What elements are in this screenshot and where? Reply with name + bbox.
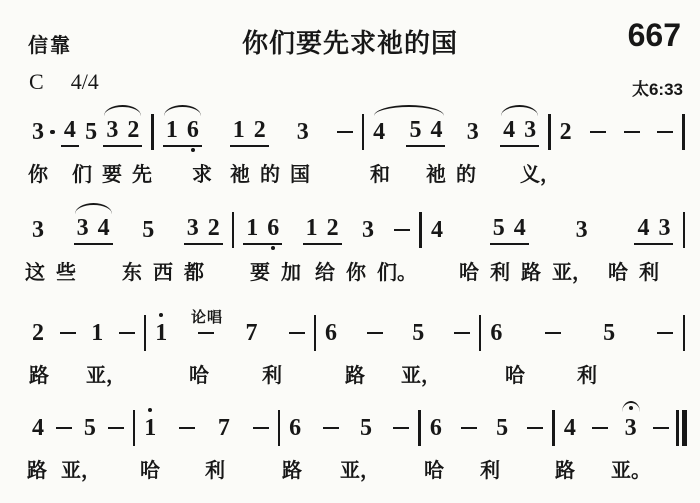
duration-dash bbox=[108, 427, 124, 430]
underline-group: 54 bbox=[490, 216, 529, 245]
note: 5 bbox=[84, 416, 96, 440]
note: 6 bbox=[187, 118, 199, 142]
note: 1 bbox=[306, 216, 318, 240]
duration-dash bbox=[253, 427, 269, 430]
duration-dash bbox=[657, 131, 673, 134]
final-barline-thin bbox=[676, 410, 679, 446]
note: 5 bbox=[493, 216, 505, 240]
duration-dash bbox=[179, 427, 195, 430]
note: 1 bbox=[166, 118, 178, 142]
notes-row: 4517656543 bbox=[25, 408, 687, 448]
underline-group: 43 bbox=[500, 118, 539, 147]
duration-dash bbox=[394, 229, 410, 232]
note: 1 bbox=[91, 321, 103, 345]
lyric-syllable: 们。 bbox=[377, 256, 417, 285]
lyric-syllable: 的 bbox=[260, 158, 280, 187]
duration-dash bbox=[323, 427, 339, 430]
lyric-syllable: 利 bbox=[490, 256, 510, 285]
barline bbox=[683, 212, 686, 248]
lyric-syllable: 利 bbox=[205, 454, 225, 483]
note: 5 bbox=[360, 416, 372, 440]
barline bbox=[362, 114, 365, 150]
slur-arc bbox=[501, 105, 538, 116]
lyric-syllable: 这 bbox=[25, 256, 45, 285]
slur-arc bbox=[164, 105, 201, 116]
lyric-syllable: 亚， bbox=[86, 359, 126, 388]
barline bbox=[548, 114, 551, 150]
lyrics-row: 路亚，哈利路亚，哈利路亚。 bbox=[0, 454, 700, 480]
measure: 65 bbox=[483, 316, 680, 350]
lyric-syllable: 给 bbox=[315, 256, 335, 285]
note: 7 bbox=[218, 416, 230, 440]
measure: 43 bbox=[557, 411, 676, 445]
lyric-syllable: 路 bbox=[27, 454, 47, 483]
lyric-syllable: 路 bbox=[345, 359, 365, 388]
lyric-syllable: 要 bbox=[102, 158, 122, 187]
underline-group: 34 bbox=[74, 216, 113, 245]
measure: 34532 bbox=[25, 115, 149, 149]
barline bbox=[683, 315, 686, 351]
underline-group: 4 bbox=[61, 118, 79, 147]
duration-dash bbox=[657, 332, 673, 335]
lyric-syllable: 路 bbox=[555, 454, 575, 483]
lyric-syllable: 和 bbox=[370, 158, 390, 187]
note: 4 bbox=[503, 118, 515, 142]
hymn-sheet-page: 信靠 你们要先求祂的国 667 C 4/4 太6:33 345321612345… bbox=[0, 0, 700, 503]
note: 2 bbox=[208, 216, 220, 240]
lyric-syllable: 亚， bbox=[552, 256, 592, 285]
duration-dash bbox=[461, 427, 477, 430]
note: 4 bbox=[373, 120, 385, 144]
notes-row: 34532161234543432 bbox=[25, 112, 687, 152]
lyric-syllable: 加 bbox=[281, 256, 301, 285]
underline-group: 32 bbox=[184, 216, 223, 245]
note: 2 bbox=[127, 118, 139, 142]
lyric-syllable: 哈 bbox=[505, 359, 525, 388]
lyric-syllable: 先 bbox=[132, 158, 152, 187]
measure: 454343 bbox=[366, 115, 546, 149]
duration-dash bbox=[56, 427, 72, 430]
lyric-syllable: 哈 bbox=[608, 256, 628, 285]
note: 3 bbox=[187, 216, 199, 240]
barline bbox=[419, 212, 422, 248]
note: 2 bbox=[327, 216, 339, 240]
duration-dash bbox=[60, 332, 76, 335]
lyric-syllable: 亚， bbox=[340, 454, 380, 483]
lyric-syllable: 哈 bbox=[424, 454, 444, 483]
measure: 65 bbox=[318, 316, 477, 350]
note: 5 bbox=[496, 416, 508, 440]
slur-arc bbox=[75, 203, 112, 214]
music-system-2: 33453216123454343这些东西都要加给你们。哈利路亚，哈利 bbox=[0, 198, 700, 282]
lyric-syllable: 求 bbox=[192, 158, 212, 187]
note: 1 bbox=[233, 118, 245, 142]
duration-dash bbox=[527, 427, 543, 430]
underline-group: 12 bbox=[230, 118, 269, 147]
note: 3 bbox=[77, 216, 89, 240]
duration-dash bbox=[119, 332, 135, 335]
lyric-syllable: 路 bbox=[282, 454, 302, 483]
measure: 65 bbox=[423, 411, 551, 445]
lyric-syllable: 路 bbox=[29, 359, 49, 388]
measure: 16123 bbox=[236, 213, 417, 247]
underline-group: 16 bbox=[163, 118, 202, 147]
lyric-syllable: 哈 bbox=[459, 256, 479, 285]
lyric-syllable: 东 bbox=[122, 256, 142, 285]
note: 3 bbox=[297, 120, 309, 144]
duration-dash bbox=[590, 131, 606, 134]
duration-dash bbox=[454, 332, 470, 335]
underline-group: 54 bbox=[406, 118, 445, 147]
music-system-3: 论唱21176565路亚，哈利路亚，哈利 bbox=[0, 301, 700, 385]
lyric-syllable: 亚， bbox=[401, 359, 441, 388]
note: 6 bbox=[430, 416, 442, 440]
lyric-syllable: 利 bbox=[262, 359, 282, 388]
note: 5 bbox=[85, 120, 97, 144]
lyric-syllable: 亚。 bbox=[611, 454, 651, 483]
notes-row: 论唱21176565 bbox=[25, 313, 687, 353]
lyric-syllable: 亚， bbox=[61, 454, 101, 483]
lyric-syllable: 利 bbox=[480, 454, 500, 483]
note: 5 bbox=[409, 118, 421, 142]
barline bbox=[418, 410, 421, 446]
note: 6 bbox=[325, 321, 337, 345]
lyric-syllable: 们 bbox=[72, 158, 92, 187]
note: 1 bbox=[246, 216, 258, 240]
fermata-icon bbox=[622, 401, 640, 412]
lyric-syllable: 哈 bbox=[140, 454, 160, 483]
lyric-syllable: 国 bbox=[290, 158, 310, 187]
underline-group: 32 bbox=[103, 118, 142, 147]
measure: 2 bbox=[553, 115, 681, 149]
note: 3 bbox=[32, 218, 44, 242]
lyric-syllable: 祂 bbox=[426, 158, 446, 187]
note: 4 bbox=[98, 216, 110, 240]
slur-arc bbox=[374, 105, 444, 116]
note: 6 bbox=[490, 321, 502, 345]
lyric-syllable: 西 bbox=[153, 256, 173, 285]
note: 1 bbox=[155, 321, 167, 345]
note: 5 bbox=[142, 218, 154, 242]
note: 3 bbox=[467, 120, 479, 144]
note: 3 bbox=[625, 416, 637, 440]
lyric-syllable: 你 bbox=[346, 256, 366, 285]
note: 3 bbox=[362, 218, 374, 242]
measure: 21 bbox=[25, 316, 142, 350]
duration-dash bbox=[393, 427, 409, 430]
notation-area: 34532161234543432你们要先求祂的国和祂的义，3345321612… bbox=[0, 0, 700, 503]
note: 3 bbox=[32, 120, 44, 144]
barline bbox=[144, 315, 147, 351]
duration-dash bbox=[545, 332, 561, 335]
music-system-1: 34532161234543432你们要先求祂的国和祂的义， bbox=[0, 100, 700, 184]
note: 5 bbox=[412, 321, 424, 345]
barline bbox=[479, 315, 482, 351]
duration-dash bbox=[653, 427, 669, 430]
lyric-syllable: 要 bbox=[250, 256, 270, 285]
duration-dash bbox=[337, 131, 353, 134]
duration-dash bbox=[367, 332, 383, 335]
barline bbox=[314, 315, 317, 351]
note: 4 bbox=[564, 416, 576, 440]
augmentation-dot bbox=[50, 130, 55, 135]
note: 4 bbox=[637, 216, 649, 240]
final-barline-thick bbox=[682, 410, 688, 446]
note: 6 bbox=[267, 216, 279, 240]
note: 4 bbox=[64, 118, 76, 142]
lyric-syllable: 祂 bbox=[230, 158, 250, 187]
note: 3 bbox=[524, 118, 536, 142]
lyric-syllable: 路 bbox=[521, 256, 541, 285]
note: 3 bbox=[658, 216, 670, 240]
note: 4 bbox=[514, 216, 526, 240]
note: 4 bbox=[32, 416, 44, 440]
slur-arc bbox=[104, 105, 141, 116]
measure: 17 bbox=[148, 316, 311, 350]
lyrics-row: 路亚，哈利路亚，哈利 bbox=[0, 359, 700, 385]
barline bbox=[278, 410, 281, 446]
note: 6 bbox=[289, 416, 301, 440]
note: 1 bbox=[144, 416, 156, 440]
music-system-4: 4517656543路亚，哈利路亚，哈利路亚。 bbox=[0, 396, 700, 480]
duration-dash bbox=[592, 427, 608, 430]
lyric-syllable: 义， bbox=[520, 158, 560, 187]
notes-row: 33453216123454343 bbox=[25, 210, 687, 250]
lyric-syllable: 利 bbox=[639, 256, 659, 285]
duration-dash bbox=[624, 131, 640, 134]
final-barline bbox=[676, 410, 687, 446]
measure: 45 bbox=[25, 411, 131, 445]
lyric-syllable: 你 bbox=[28, 158, 48, 187]
underline-group: 12 bbox=[303, 216, 342, 245]
lyric-syllable: 哈 bbox=[189, 359, 209, 388]
barline bbox=[232, 212, 235, 248]
measure: 16123 bbox=[156, 115, 360, 149]
barline bbox=[133, 410, 136, 446]
lyrics-row: 你们要先求祂的国和祂的义， bbox=[0, 158, 700, 184]
measure: 65 bbox=[282, 411, 416, 445]
note: 2 bbox=[560, 120, 572, 144]
underline-group: 43 bbox=[634, 216, 673, 245]
lyric-syllable: 些 bbox=[56, 256, 76, 285]
note: 3 bbox=[106, 118, 118, 142]
lyric-syllable: 都 bbox=[184, 256, 204, 285]
lyrics-row: 这些东西都要加给你们。哈利路亚，哈利 bbox=[0, 256, 700, 282]
note: 5 bbox=[603, 321, 615, 345]
measure: 334532 bbox=[25, 213, 230, 247]
note: 2 bbox=[254, 118, 266, 142]
underline-group: 16 bbox=[243, 216, 282, 245]
barline bbox=[682, 114, 685, 150]
note: 3 bbox=[576, 218, 588, 242]
barline bbox=[151, 114, 154, 150]
note: 7 bbox=[245, 321, 257, 345]
barline bbox=[552, 410, 555, 446]
measure: 17 bbox=[137, 411, 275, 445]
lyric-syllable: 的 bbox=[456, 158, 476, 187]
duration-dash bbox=[198, 332, 214, 335]
note: 2 bbox=[32, 321, 44, 345]
lyric-syllable: 利 bbox=[577, 359, 597, 388]
measure: 454343 bbox=[424, 213, 681, 247]
duration-dash bbox=[289, 332, 305, 335]
note: 4 bbox=[431, 218, 443, 242]
note: 4 bbox=[430, 118, 442, 142]
